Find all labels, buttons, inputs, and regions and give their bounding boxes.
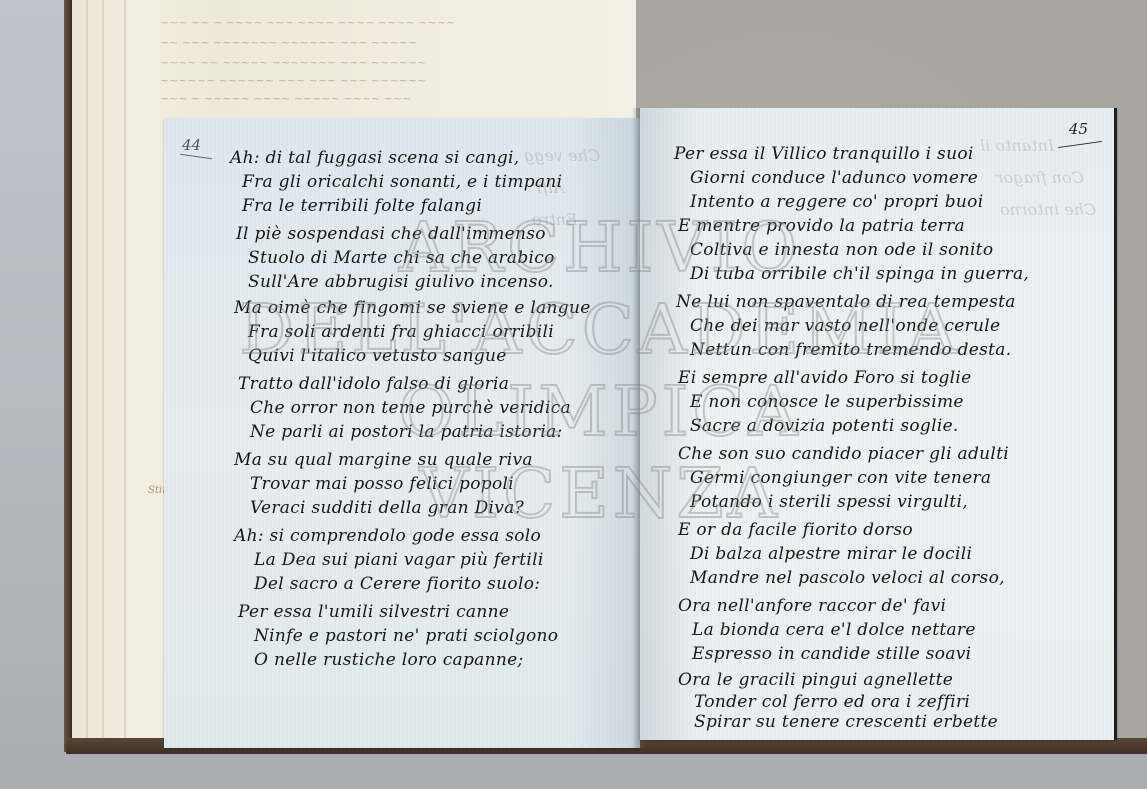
verse-line: Del sacro a Cerere fiorito suolo: [254, 574, 540, 594]
faint-text: ~~~ ~ ~~~~~ ~~~~ ~~~~~ ~~~~ ~~~ [160, 92, 411, 105]
verse-line: Ah: di tal fuggasi scena si cangi, [230, 148, 519, 168]
verse-line: Tratto dall'idolo falso di gloria [238, 374, 509, 394]
verse-line: Tonder col ferro ed ora i zeffiri [694, 692, 970, 712]
verse-line: E mentre provido la patria terra [678, 216, 965, 236]
verse-line: Di balza alpestre mirar le docili [690, 544, 972, 564]
left-folio-number: 44 [182, 136, 201, 154]
verse-line: E or da facile fiorito dorso [678, 520, 913, 540]
verse-line: Ninfe e pastori ne' prati sciolgono [254, 626, 558, 646]
verse-line: Quivi l'italico vetusto sangue [248, 346, 507, 366]
verse-line: E non conosce le superbissime [690, 392, 964, 412]
verse-line: O nelle rustiche loro capanne; [254, 650, 524, 670]
bleed-through-text: Che vegg [524, 146, 600, 165]
faint-text: ~~ ~~~ ~~~~~~~ ~~~~~~ ~~~ ~~~~~ [160, 36, 417, 49]
verse-line: Per essa il Villico tranquillo i suoi [674, 144, 974, 164]
verse-line: Fra le terribili folte falangi [242, 196, 482, 216]
verse-line: Nettun con fremito tremendo desta. [690, 340, 1011, 360]
bleed-through-text: Con fragor [996, 168, 1084, 187]
verse-line: Intento a reggere co' propri buoi [690, 192, 983, 212]
verse-line: Sull'Are abbrugisi giulivo incenso. [248, 272, 554, 292]
leaf-edge [102, 0, 104, 748]
verse-line: Coltiva e innesta non ode il sonito [690, 240, 993, 260]
verse-line: Sacre a dovizia potenti soglie. [690, 416, 959, 436]
right-folio-number: 45 [1069, 120, 1088, 138]
bleed-through-text: Che intorno [1000, 200, 1096, 219]
verse-line: Spirar su tenere crescenti erbette [694, 712, 998, 732]
verse-line: Mandre nel pascolo veloci al corso, [690, 568, 1005, 588]
verse-line: Ne lui non spaventalo di rea tempesta [676, 292, 1016, 312]
bleed-through-text: Intanto il [980, 136, 1054, 155]
leaf-edge [86, 0, 88, 748]
verse-line: Per essa l'umili silvestri canne [238, 602, 509, 622]
verse-line: La bionda cera e'l dolce nettare [692, 620, 976, 640]
faint-text: ~~~ ~~ ~ ~~~~ ~~~ ~~~~ ~~~~ ~~~~ ~~~~ [160, 16, 455, 29]
verse-line: Ora nell'anfore raccor de' favi [678, 596, 946, 616]
verse-line: Giorni conduce l'adunco vomere [690, 168, 978, 188]
verse-line: Che dei mar vasto nell'onde cerule [690, 316, 1000, 336]
verse-line: Fra soli ardenti fra ghiacci orribili [248, 322, 554, 342]
verse-line: Ma su qual margine su quale riva [234, 450, 533, 470]
leaf-edge [124, 0, 126, 748]
verse-line: Ne parli ai postori la patria istoria: [250, 422, 563, 442]
verse-line: Di tuba orribile ch'il spinga in guerra, [690, 264, 1029, 284]
manuscript-scan: 40 ~~~ ~~ ~ ~~~~ ~~~ ~~~~ ~~~~ ~~~~ ~~~~… [0, 0, 1147, 789]
verse-line: Ei sempre all'avido Foro si toglie [678, 368, 972, 388]
verse-line: Trovar mai posso felici popoli [250, 474, 514, 494]
faint-text: ~~~~ ~~ ~~~~~ ~~~~~~~ ~~~ ~~~~~~ [160, 56, 426, 69]
folio-underline [1058, 141, 1102, 148]
book-spine-edge [64, 0, 72, 752]
verse-line: La Dea sui piani vagar più fertili [254, 550, 544, 570]
verse-line: Ah: si comprendolo gode essa solo [234, 526, 541, 546]
right-page: 45 Intanto il Con fragor Che intorno Per… [640, 108, 1117, 740]
verse-line: Ora le gracili pingui agnellette [678, 670, 953, 690]
verse-line: Ma oimè che fingomi se sviene e langue [234, 298, 591, 318]
verse-line: Il piè sospendasi che dall'immenso [236, 224, 546, 244]
faint-text: ~~~~~~ ~~~~~~ ~~~ ~~~ ~~~ ~~~~~~ [160, 74, 426, 87]
verse-line: Che orror non teme purchè veridica [250, 398, 571, 418]
left-page: 44 Che vegg Alfr Entro Ah: di tal fuggas… [164, 118, 640, 748]
verse-line: Espresso in candide stille soavi [692, 644, 971, 664]
verse-line: Potando i sterili spessi virgulti, [690, 492, 968, 512]
verse-line: Veraci sudditi della gran Diva? [250, 498, 524, 518]
verse-line: Germi congiunger con vite tenera [690, 468, 991, 488]
verse-line: Stuolo di Marte chi sa che arabico [248, 248, 555, 268]
verse-line: Che son suo candido piacer gli adulti [678, 444, 1009, 464]
verse-line: Fra gli oricalchi sonanti, e i timpani [242, 172, 562, 192]
folio-underline [180, 154, 212, 159]
